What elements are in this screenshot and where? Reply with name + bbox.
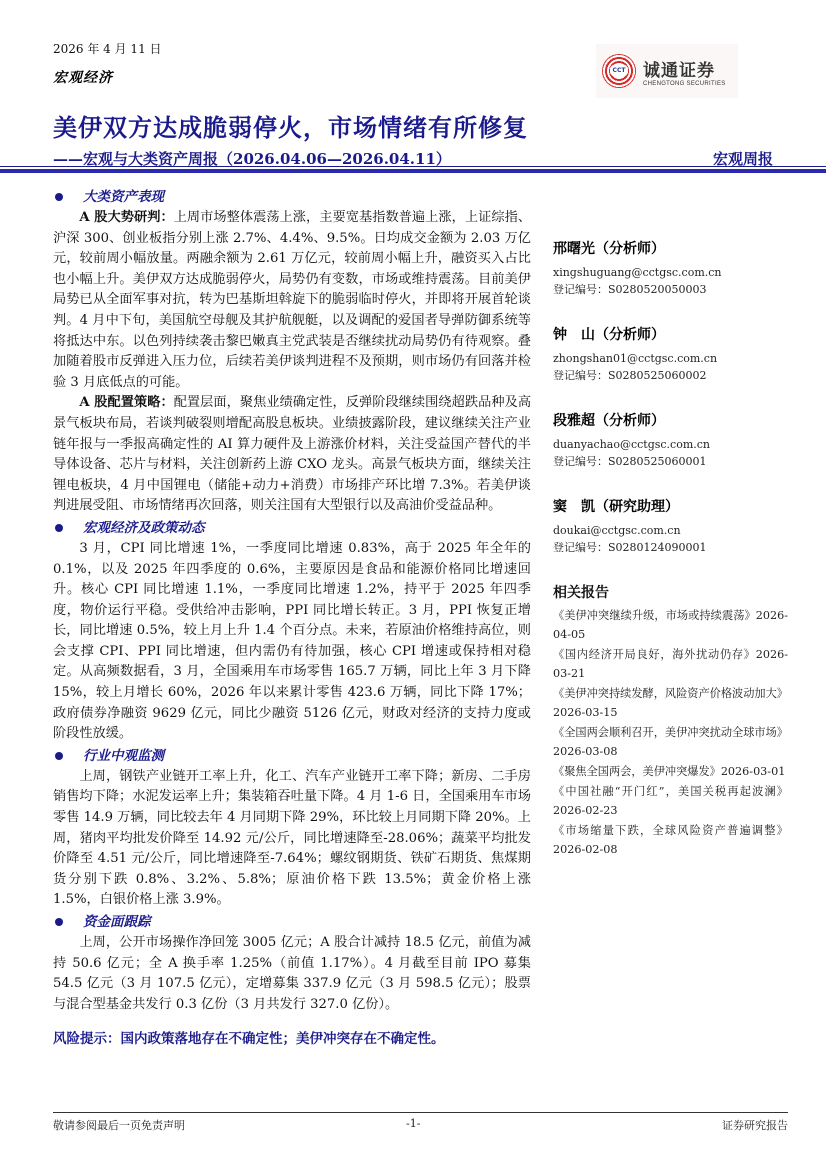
paragraph: A 股配置策略：配置层面，聚焦业绩确定性，反弹阶段继续围绕超跌品种及高景气板块布…: [53, 393, 531, 517]
footer-doc-type: 证券研究报告: [722, 1117, 788, 1133]
analyst-email[interactable]: xingshuguang@cctgsc.com.cn: [553, 264, 788, 281]
paragraph: 3 月，CPI 同比增速 1%，一季度同比增速 0.83%，高于 2025 年全…: [53, 539, 531, 745]
header-divider-thick: [0, 169, 826, 173]
section-heading: 宏观经济及政策动态: [53, 517, 531, 539]
analyst-name: 窦 凯（研究助理）: [553, 496, 788, 516]
sidebar: 邢曙光（分析师） xingshuguang@cctgsc.com.cn 登记编号…: [553, 238, 788, 860]
analyst-card: 邢曙光（分析师） xingshuguang@cctgsc.com.cn 登记编号…: [553, 238, 788, 298]
analyst-name: 邢曙光（分析师）: [553, 238, 788, 258]
related-reports-title: 相关报告: [553, 582, 788, 602]
analyst-email[interactable]: doukai@cctgsc.com.cn: [553, 522, 788, 539]
related-report-link[interactable]: 《国内经济开局良好，海外扰动仍存》2026-03-21: [553, 645, 788, 683]
logo-mark-icon: CCT: [602, 54, 636, 88]
analyst-registration: 登记编号：S0280525060002: [553, 367, 788, 384]
paragraph: 上周，公开市场操作净回笼 3005 亿元；A 股合计减持 18.5 亿元，前值为…: [53, 933, 531, 1015]
analyst-registration: 登记编号：S0280124090001: [553, 539, 788, 556]
related-report-link[interactable]: 《中国社融“开门红”，美国关税再起波澜》2026-02-23: [553, 782, 788, 820]
bullet-icon: [55, 918, 63, 926]
analyst-card: 钟 山（分析师） zhongshan01@cctgsc.com.cn 登记编号：…: [553, 324, 788, 384]
bullet-icon: [55, 193, 63, 201]
main-content: 大类资产表现 A 股大势研判：上周市场整体震荡上涨，主要宽基指数普遍上涨，上证综…: [53, 186, 531, 1050]
analyst-card: 窦 凯（研究助理） doukai@cctgsc.com.cn 登记编号：S028…: [553, 496, 788, 556]
analyst-name: 钟 山（分析师）: [553, 324, 788, 344]
analyst-name: 段雅超（分析师）: [553, 410, 788, 430]
related-report-link[interactable]: 《市场缩量下跌，全球风险资产普遍调整》2026-02-08: [553, 821, 788, 859]
footer-divider: [53, 1112, 788, 1113]
analyst-email[interactable]: duanyachao@cctgsc.com.cn: [553, 436, 788, 453]
related-report-link[interactable]: 《美伊冲突持续发酵，风险资产价格波动加大》2026-03-15: [553, 684, 788, 722]
analyst-email[interactable]: zhongshan01@cctgsc.com.cn: [553, 350, 788, 367]
footer-disclaimer: 敬请参阅最后一页免责声明: [53, 1117, 185, 1133]
bullet-icon: [55, 752, 63, 760]
related-report-link[interactable]: 《美伊冲突继续升级，市场或持续震荡》2026-04-05: [553, 606, 788, 644]
analyst-registration: 登记编号：S0280525060001: [553, 453, 788, 470]
company-logo: CCT 诚通证券 CHENGTONG SECURITIES: [596, 44, 738, 98]
logo-name-cn: 诚通证券: [643, 56, 726, 81]
paragraph: 上周，钢铁产业链开工率上升，化工、汽车产业链开工率下降；新房、二手房销售均下降；…: [53, 767, 531, 911]
page-title: 美伊双方达成脆弱停火，市场情绪有所修复: [53, 108, 528, 143]
bullet-icon: [55, 524, 63, 532]
report-date: 2026 年 4 月 11 日: [53, 40, 162, 57]
analyst-card: 段雅超（分析师） duanyachao@cctgsc.com.cn 登记编号：S…: [553, 410, 788, 470]
related-report-link[interactable]: 《聚焦全国两会，美伊冲突爆发》2026-03-01: [553, 762, 788, 781]
analyst-registration: 登记编号：S0280520050003: [553, 281, 788, 298]
risk-notice: 风险提示：国内政策落地存在不确定性；美伊冲突存在不确定性。: [53, 1029, 531, 1050]
page-number: -1-: [406, 1117, 420, 1130]
report-category: 宏观经济: [53, 67, 113, 87]
section-heading: 资金面跟踪: [53, 911, 531, 933]
logo-name-en: CHENGTONG SECURITIES: [643, 81, 726, 87]
paragraph: A 股大势研判：上周市场整体震荡上涨，主要宽基指数普遍上涨，上证综指、沪深 30…: [53, 208, 531, 393]
section-heading: 行业中观监测: [53, 745, 531, 767]
header-divider-thin: [0, 166, 826, 167]
section-heading: 大类资产表现: [53, 186, 531, 208]
related-report-link[interactable]: 《全国两会顺利召开，美伊冲突扰动全球市场》2026-03-08: [553, 723, 788, 761]
